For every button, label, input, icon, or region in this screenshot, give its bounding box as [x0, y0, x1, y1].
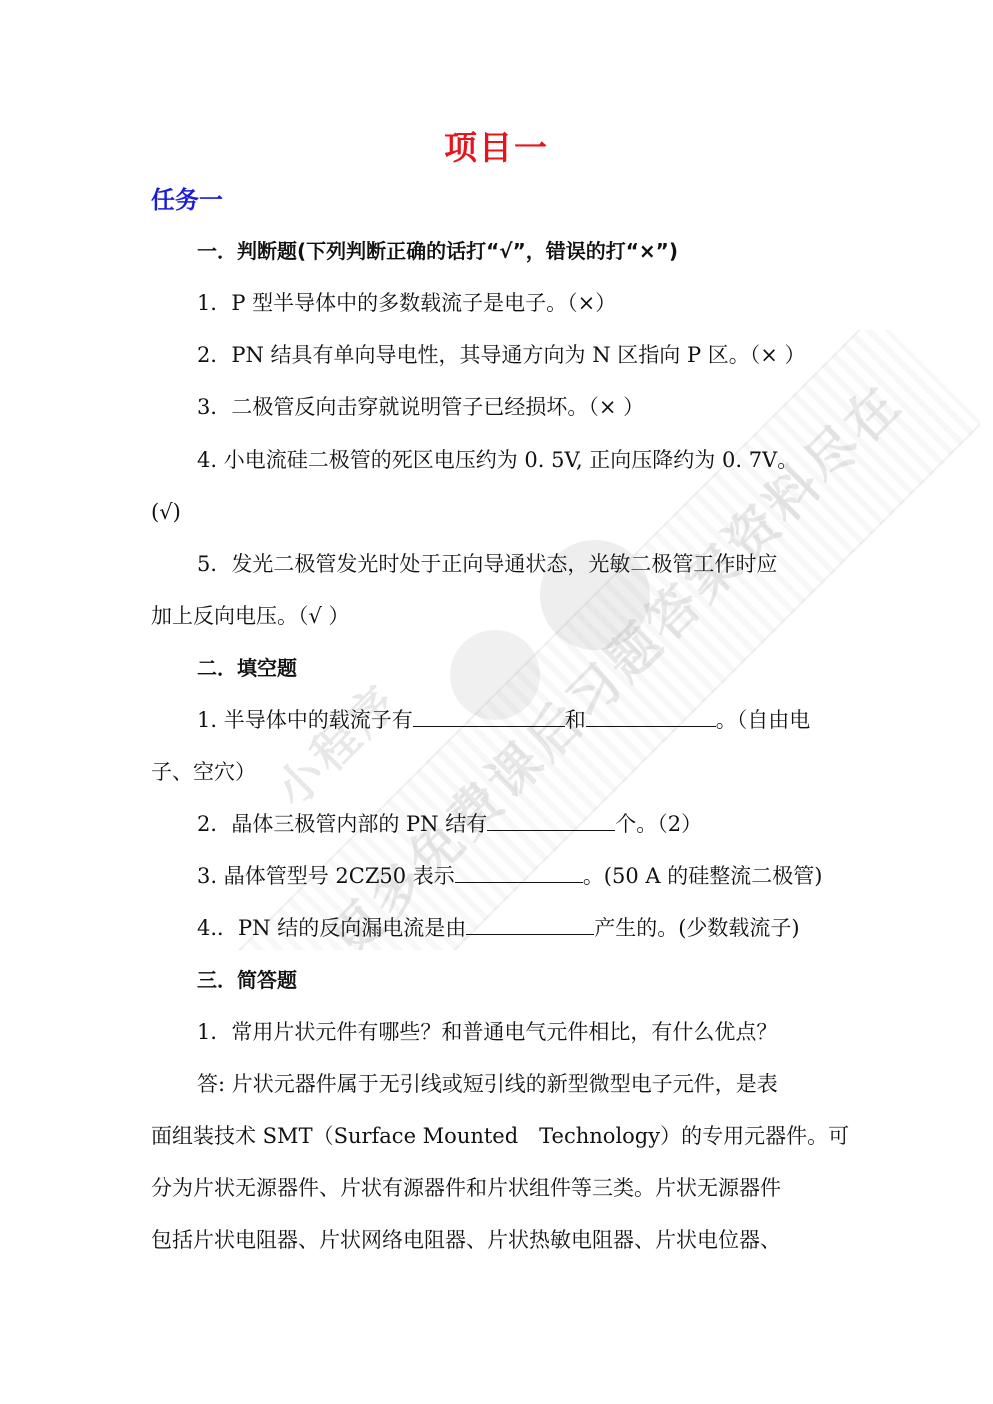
section-heading-fillblank: 二．填空题	[197, 653, 297, 683]
shortanswer-question: 1．常用片状元件有哪些？和普通电气元件相比，有什么优点？	[197, 1017, 777, 1047]
question-answer: (√)	[151, 497, 181, 527]
question-item: 3．二极管反向击穿就说明管子已经损坏。（× ）	[197, 392, 644, 422]
watermark-text: 小程序	[259, 667, 412, 820]
fillblank-continuation: 子、空穴）	[151, 757, 256, 787]
blank-line	[413, 706, 565, 727]
fillblank-text: 1. 半导体中的载流子有	[197, 708, 413, 732]
answer-line: 包括片状电阻器、片状网络电阻器、片状热敏电阻器、片状电位器、	[151, 1225, 781, 1255]
fillblank-text: 2．晶体三极管内部的 PN 结有	[197, 812, 487, 836]
answer-line: 答: 片状元器件属于无引线或短引线的新型微型电子元件，是表	[197, 1069, 778, 1099]
blank-line	[466, 914, 594, 935]
fillblank-text: 产生的。(少数载流子)	[594, 916, 799, 940]
fillblank-text: 和	[565, 708, 586, 732]
fillblank-item: 3. 晶体管型号 2CZ50 表示。(50 A 的硅整流二极管)	[197, 861, 822, 891]
question-item: 4. 小电流硅二极管的死区电压约为 0. 5V, 正向压降约为 0. 7V。	[197, 445, 798, 475]
fillblank-text: 个。（2）	[615, 812, 702, 836]
blank-line	[487, 810, 615, 831]
fillblank-text: 。(50 A 的硅整流二极管)	[583, 864, 823, 888]
question-item: 1．P 型半导体中的多数载流子是电子。（×）	[197, 288, 616, 318]
blank-line	[455, 862, 583, 883]
fillblank-item: 1. 半导体中的载流子有和。（自由电	[197, 705, 810, 735]
section-heading-shortanswer: 三．简答题	[197, 965, 297, 995]
blank-line	[586, 706, 716, 727]
section-heading-truefalse: 一．判断题(下列判断正确的话打“√”，错误的打“×”)	[197, 236, 678, 266]
fillblank-text: 3. 晶体管型号 2CZ50 表示	[197, 864, 455, 888]
document-page: 更多免费课后习题答案资料尽在 小程序 项目一 任务一 一．判断题(下列判断正确的…	[0, 0, 993, 1404]
question-item: 2．PN 结具有单向导电性，其导通方向为 N 区指向 P 区。（× ）	[197, 340, 806, 370]
fillblank-text: 。（自由电	[716, 708, 811, 732]
fillblank-item: 2．晶体三极管内部的 PN 结有个。（2）	[197, 809, 702, 839]
question-item: 5．发光二极管发光时处于正向导通状态，光敏二极管工作时应	[197, 549, 777, 579]
task-subtitle: 任务一	[151, 180, 223, 215]
answer-line: 分为片状无源器件、片状有源器件和片状组件等三类。片状无源器件	[151, 1173, 781, 1203]
fillblank-item: 4.．PN 结的反向漏电流是由产生的。(少数载流子)	[197, 913, 800, 943]
answer-line: 面组装技术 SMT（Surface Mounted Technology）的专用…	[151, 1121, 849, 1151]
watermark-band	[237, 330, 980, 950]
page-title: 项目一	[0, 122, 993, 169]
watermark: 更多免费课后习题答案资料尽在 小程序	[120, 330, 980, 950]
fillblank-text: 4.．PN 结的反向漏电流是由	[197, 916, 466, 940]
question-continuation: 加上反向电压。（√ ）	[151, 601, 350, 631]
